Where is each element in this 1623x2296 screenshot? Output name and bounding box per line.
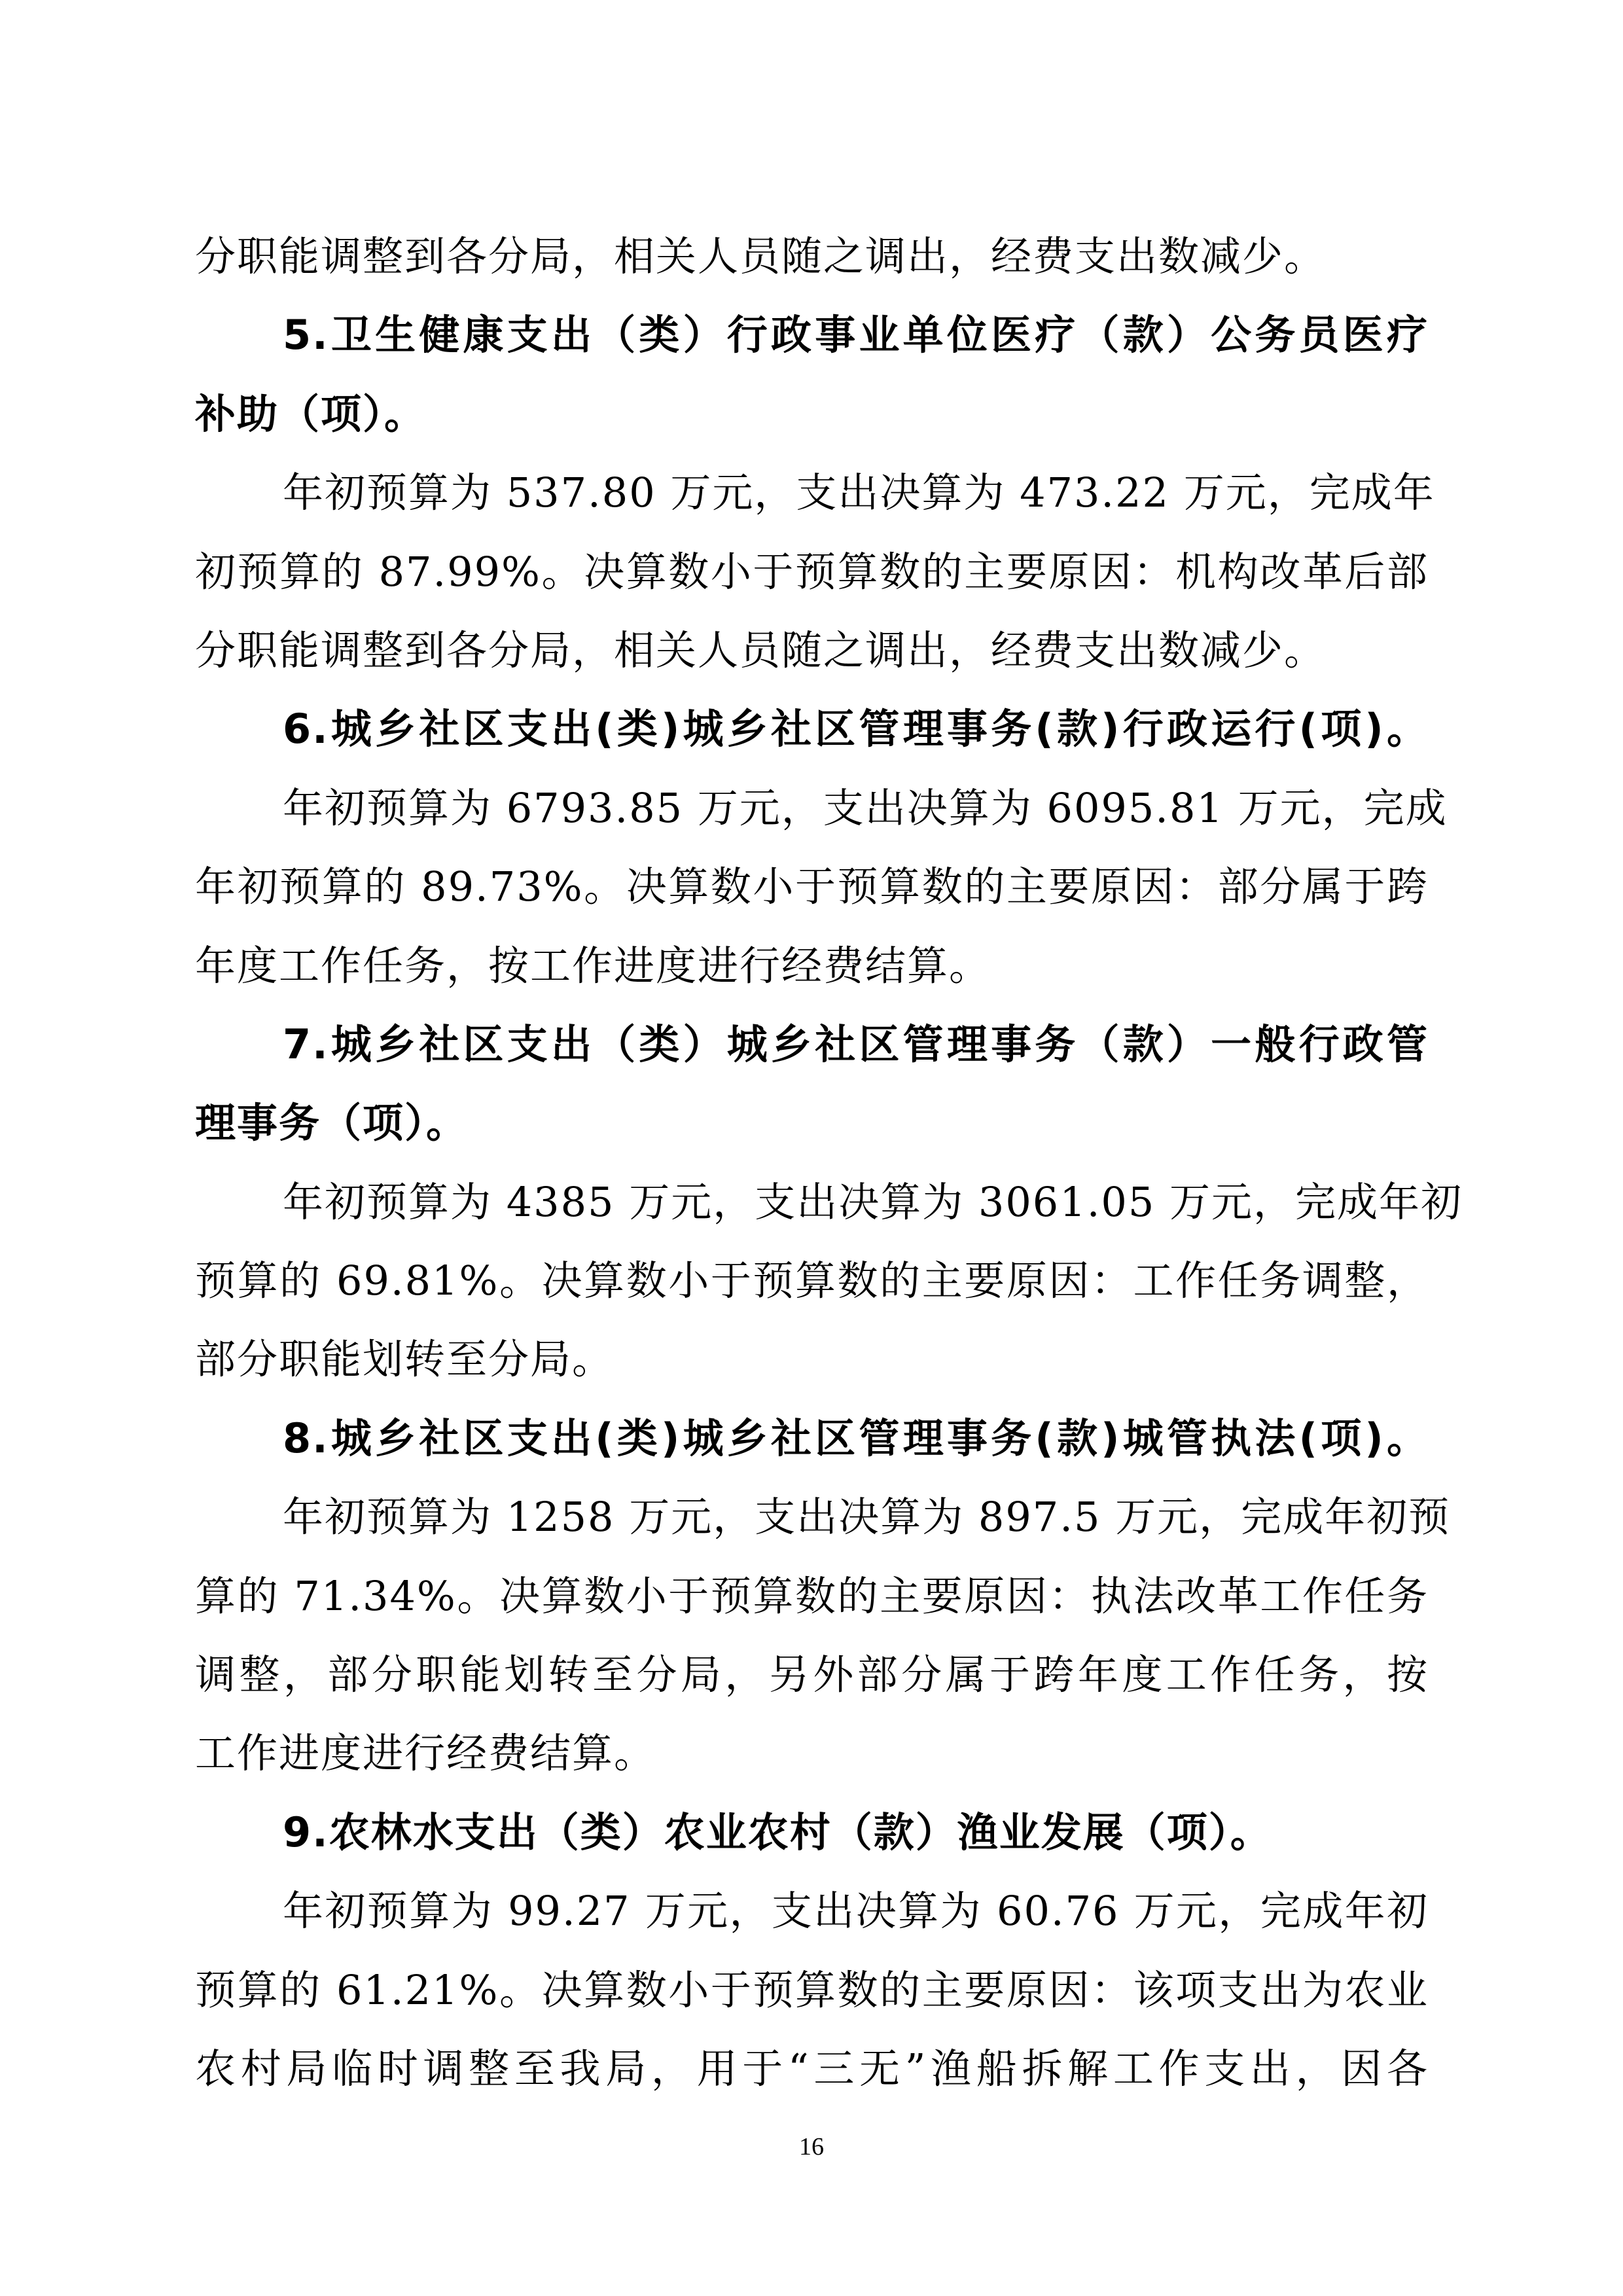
- paragraph-line: 部分职能划转至分局。: [195, 1320, 1429, 1399]
- section-heading-8: 8.城乡社区支出(类)城乡社区管理事务(款)城管执法(项)。: [195, 1399, 1429, 1478]
- paragraph-line: 分职能调整到各分局，相关人员随之调出，经费支出数减少。: [195, 611, 1429, 690]
- document-body: 分职能调整到各分局，相关人员随之调出，经费支出数减少。 5.卫生健康支出（类）行…: [195, 217, 1429, 2108]
- paragraph-line: 年度工作任务，按工作进度进行经费结算。: [195, 927, 1429, 1005]
- paragraph-line: 年初预算为 1258 万元，支出决算为 897.5 万元，完成年初预: [195, 1478, 1429, 1556]
- paragraph-line: 年初预算为 537.80 万元，支出决算为 473.22 万元，完成年: [195, 454, 1429, 532]
- paragraph-line: 年初预算为 4385 万元，支出决算为 3061.05 万元，完成年初: [195, 1163, 1429, 1242]
- section-heading-6: 6.城乡社区支出(类)城乡社区管理事务(款)行政运行(项)。: [195, 690, 1429, 768]
- paragraph-line: 算的 71.34%。决算数小于预算数的主要原因：执法改革工作任务: [195, 1557, 1429, 1636]
- paragraph-line: 年初预算为 6793.85 万元，支出决算为 6095.81 万元，完成: [195, 769, 1429, 848]
- paragraph-line: 分职能调整到各分局，相关人员随之调出，经费支出数减少。: [195, 217, 1429, 296]
- section-heading-5-continued: 补助（项）。: [195, 375, 1429, 454]
- section-heading-5: 5.卫生健康支出（类）行政事业单位医疗（款）公务员医疗: [195, 296, 1429, 374]
- section-heading-7-continued: 理事务（项）。: [195, 1084, 1429, 1162]
- section-heading-9: 9.农林水支出（类）农业农村（款）渔业发展（项）。: [195, 1793, 1429, 1872]
- paragraph-line: 调整，部分职能划转至分局，另外部分属于跨年度工作任务，按: [195, 1636, 1429, 1714]
- paragraph-line: 预算的 69.81%。决算数小于预算数的主要原因：工作任务调整，: [195, 1242, 1429, 1320]
- paragraph-line: 年初预算为 99.27 万元，支出决算为 60.76 万元，完成年初: [195, 1872, 1429, 1950]
- paragraph-line: 预算的 61.21%。决算数小于预算数的主要原因：该项支出为农业: [195, 1951, 1429, 2030]
- document-page: 分职能调整到各分局，相关人员随之调出，经费支出数减少。 5.卫生健康支出（类）行…: [0, 0, 1623, 2296]
- paragraph-line: 工作进度进行经费结算。: [195, 1714, 1429, 1793]
- paragraph-line: 年初预算的 89.73%。决算数小于预算数的主要原因：部分属于跨: [195, 848, 1429, 926]
- paragraph-line: 初预算的 87.99%。决算数小于预算数的主要原因：机构改革后部: [195, 533, 1429, 611]
- page-number: 16: [0, 2132, 1623, 2161]
- paragraph-line: 农村局临时调整至我局，用于“三无”渔船拆解工作支出，因各: [195, 2030, 1429, 2108]
- section-heading-7: 7.城乡社区支出（类）城乡社区管理事务（款）一般行政管: [195, 1005, 1429, 1084]
